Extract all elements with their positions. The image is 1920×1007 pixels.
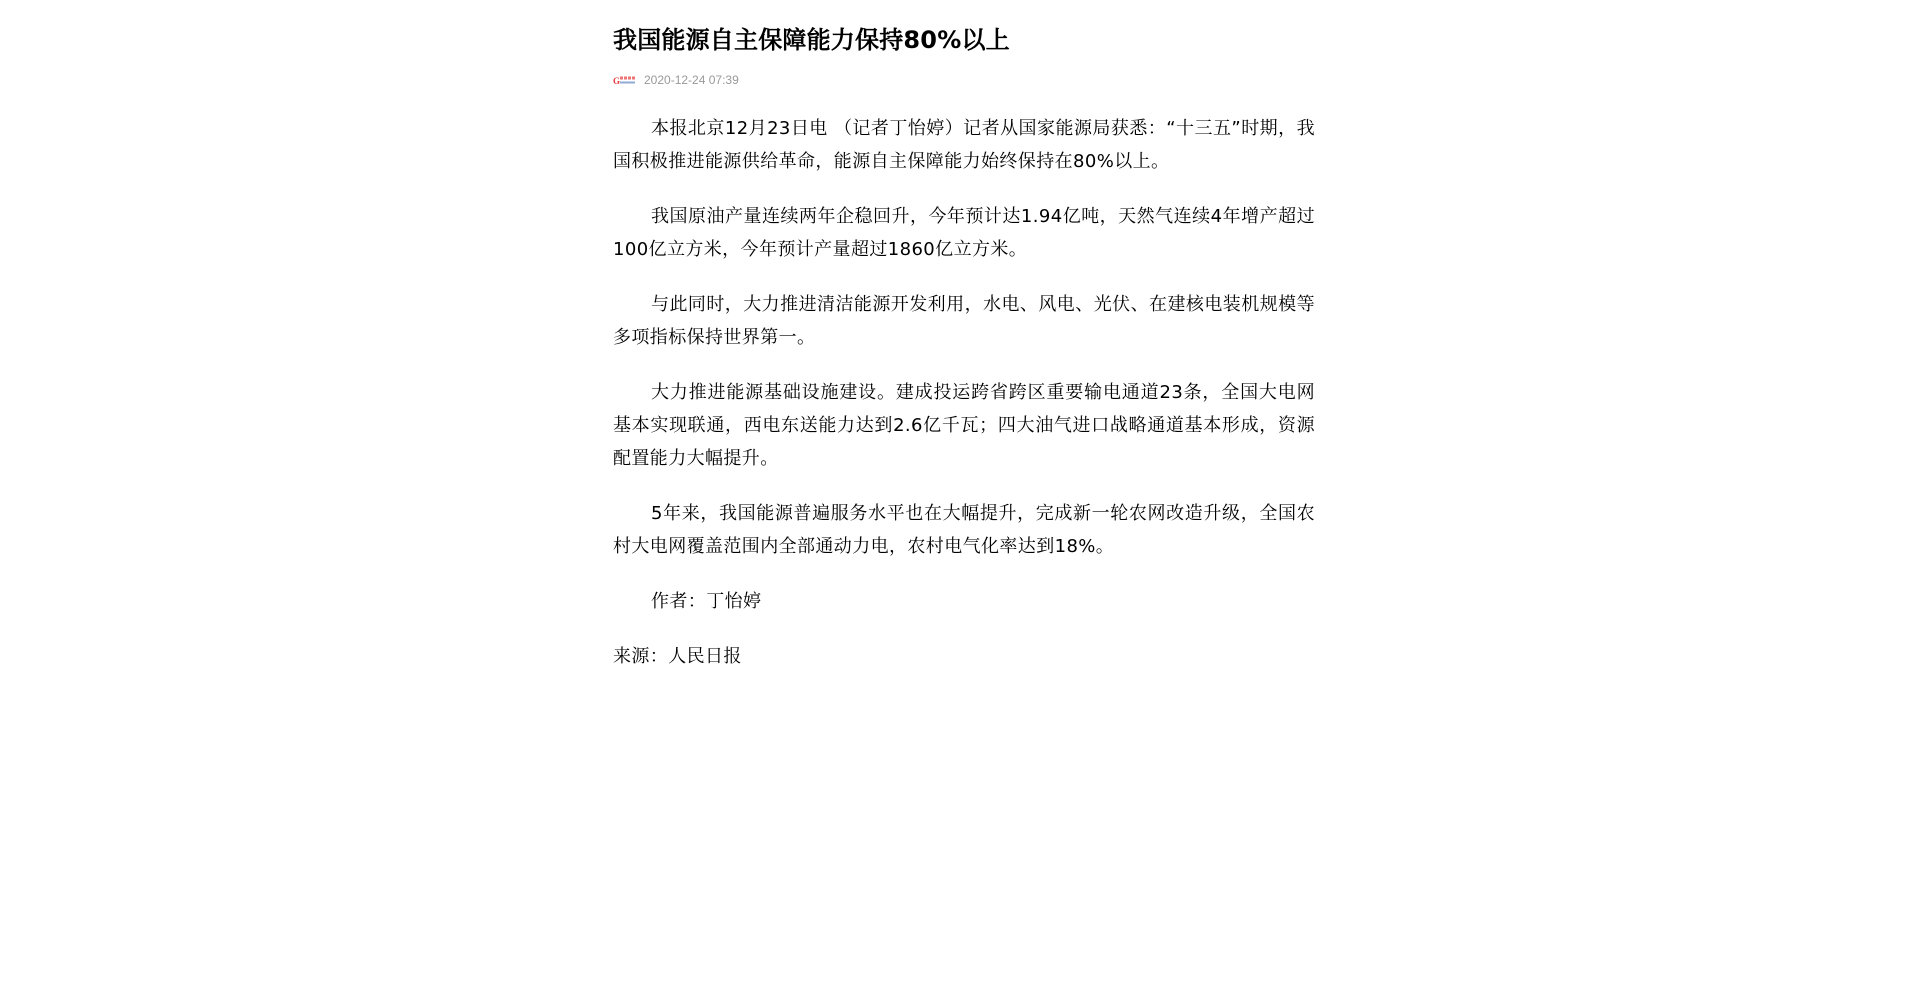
paragraph: 与此同时，大力推进清洁能源开发利用，水电、风电、光伏、在建核电装机规模等多项指标… — [613, 288, 1315, 354]
svg-text:G: G — [613, 76, 620, 86]
article: 我国能源自主保障能力保持80%以上 G 2020-12-24 07:39 本报北… — [613, 0, 1315, 695]
paragraph: 我国原油产量连续两年企稳回升，今年预计达1.94亿吨，天然气连续4年增产超过10… — [613, 200, 1315, 266]
paragraph: 大力推进能源基础设施建设。建成投运跨省跨区重要输电通道23条，全国大电网基本实现… — [613, 376, 1315, 475]
paragraph: 本报北京12月23日电 （记者丁怡婷）记者从国家能源局获悉：“十三五”时期，我国… — [613, 112, 1315, 178]
source-line: 来源：人民日报 — [613, 640, 1315, 673]
guangming-logo-icon: G — [613, 75, 637, 86]
author-line: 作者：丁怡婷 — [613, 585, 1315, 618]
article-body: 本报北京12月23日电 （记者丁怡婷）记者从国家能源局获悉：“十三五”时期，我国… — [613, 112, 1315, 673]
article-meta: G 2020-12-24 07:39 — [613, 72, 1315, 88]
paragraph: 5年来，我国能源普遍服务水平也在大幅提升，完成新一轮农网改造升级，全国农村大电网… — [613, 497, 1315, 563]
article-title: 我国能源自主保障能力保持80%以上 — [613, 0, 1315, 55]
publish-date: 2020-12-24 07:39 — [644, 72, 739, 88]
